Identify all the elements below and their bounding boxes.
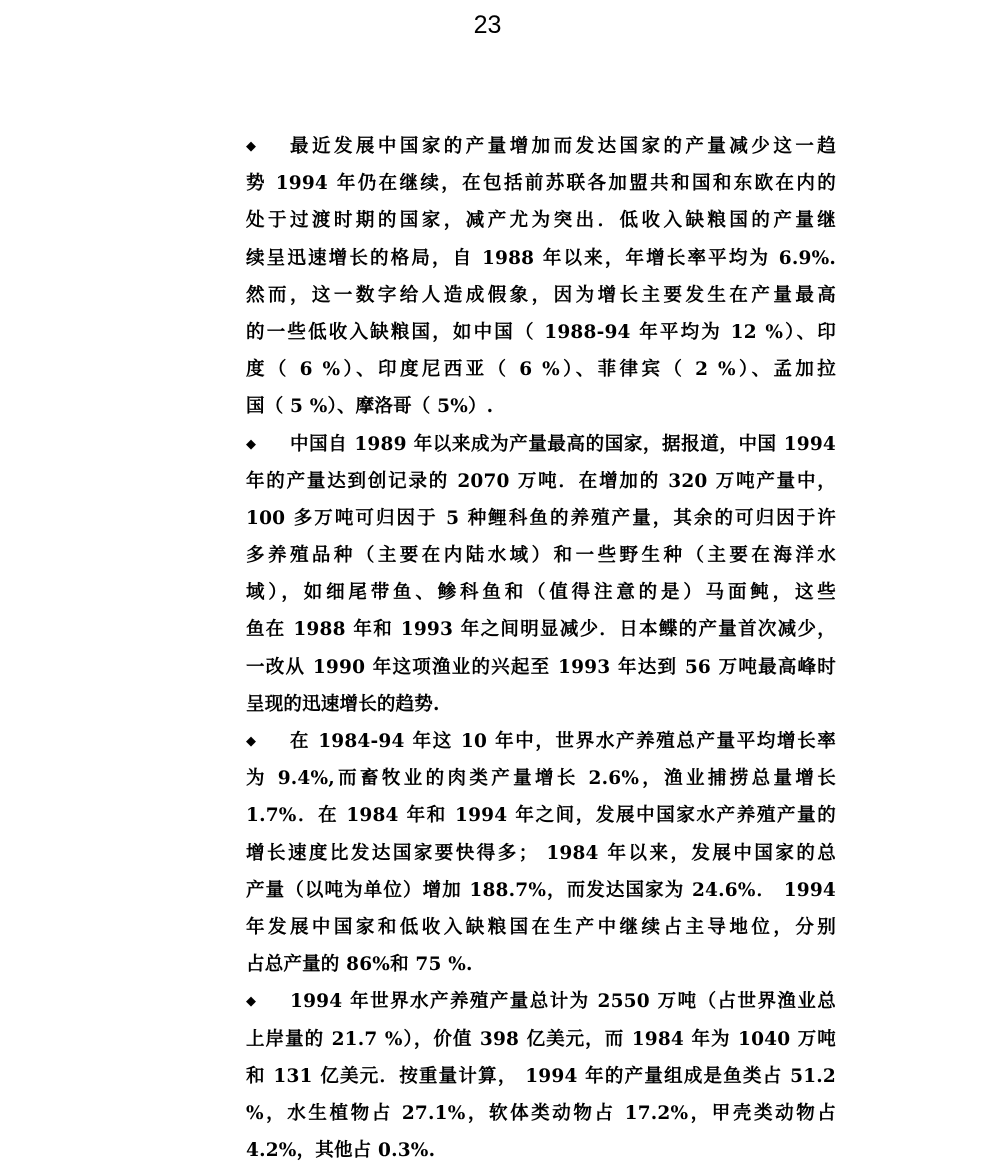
paragraph-line: 一改从 1990 年这项渔业的兴起至 1993 年达到 56 万吨最高峰时 bbox=[246, 649, 836, 686]
paragraph-line: 度（ 6 %）、印度尼西亚（ 6 %）、菲律宾（ 2 %）、孟加拉 bbox=[246, 351, 836, 388]
paragraph-line: %，水生植物占 27.1%，软体类动物占 17.2%，甲壳类动物占 bbox=[246, 1095, 836, 1132]
paragraph-line: 势 1994 年仍在继续，在包括前苏联各加盟共和国和东欧在内的 bbox=[246, 165, 836, 202]
paragraph-line: ◆在 1984-94 年这 10 年中，世界水产养殖总产量平均增长率 bbox=[246, 723, 836, 760]
paragraph-line: ◆1994 年世界水产养殖产量总计为 2550 万吨（占世界渔业总 bbox=[246, 983, 836, 1020]
diamond-bullet-icon: ◆ bbox=[246, 723, 290, 760]
diamond-bullet-icon: ◆ bbox=[246, 128, 290, 165]
paragraph-line: 1.7%．在 1984 年和 1994 年之间，发展中国家水产养殖产量的 bbox=[246, 797, 836, 834]
paragraph-line: ◆最近发展中国家的产量增加而发达国家的产量减少这一趋 bbox=[246, 128, 836, 165]
document-body: ◆最近发展中国家的产量增加而发达国家的产量减少这一趋 势 1994 年仍在继续，… bbox=[246, 128, 836, 1169]
paragraph-line: ◆中国自 1989 年以来成为产量最高的国家，据报道，中国 1994 bbox=[246, 426, 836, 463]
paragraph-line: 增长速度比发达国家要快得多； 1984 年以来，发展中国家的总 bbox=[246, 835, 836, 872]
paragraph-line: 年的产量达到创记录的 2070 万吨．在增加的 320 万吨产量中， bbox=[246, 463, 836, 500]
paragraph-line: 占总产量的 86%和 75 %. bbox=[246, 946, 836, 983]
paragraph-line: 年发展中国家和低收入缺粮国在生产中继续占主导地位，分别 bbox=[246, 909, 836, 946]
paragraph-line: 鱼在 1988 年和 1993 年之间明显减少．日本鲽的产量首次减少， bbox=[246, 611, 836, 648]
paragraph-line: 处于过渡时期的国家，减产尤为突出．低收入缺粮国的产量继 bbox=[246, 202, 836, 239]
paragraph-line: 和 131 亿美元．按重量计算， 1994 年的产量组成是鱼类占 51.2 bbox=[246, 1058, 836, 1095]
paragraph-line: 续呈迅速增长的格局，自 1988 年以来，年增长率平均为 6.9%. bbox=[246, 240, 836, 277]
page-number: 23 bbox=[0, 10, 975, 40]
paragraph-1: ◆最近发展中国家的产量增加而发达国家的产量减少这一趋 势 1994 年仍在继续，… bbox=[246, 128, 836, 426]
diamond-bullet-icon: ◆ bbox=[246, 983, 290, 1020]
paragraph-line: 4.2%，其他占 0.3%. bbox=[246, 1132, 836, 1169]
paragraph-line: 域），如细尾带鱼、鲹科鱼和（值得注意的是）马面鲀，这些 bbox=[246, 574, 836, 611]
paragraph-line: 的一些低收入缺粮国，如中国（ 1988-94 年平均为 12 %）、印 bbox=[246, 314, 836, 351]
paragraph-line: 100 多万吨可归因于 5 种鲤科鱼的养殖产量，其余的可归因于许 bbox=[246, 500, 836, 537]
paragraph-line: 然而，这一数字给人造成假象，因为增长主要发生在产量最高 bbox=[246, 277, 836, 314]
paragraph-line: 呈现的迅速增长的趋势. bbox=[246, 686, 836, 723]
paragraph-4: ◆1994 年世界水产养殖产量总计为 2550 万吨（占世界渔业总 上岸量的 2… bbox=[246, 983, 836, 1169]
paragraph-line: 为 9.4%,而畜牧业的肉类产量增长 2.6%，渔业捕捞总量增长 bbox=[246, 760, 836, 797]
paragraph-line: 多养殖品种（主要在内陆水域）和一些野生种（主要在海洋水 bbox=[246, 537, 836, 574]
paragraph-line: 上岸量的 21.7 %），价值 398 亿美元，而 1984 年为 1040 万… bbox=[246, 1021, 836, 1058]
paragraph-3: ◆在 1984-94 年这 10 年中，世界水产养殖总产量平均增长率 为 9.4… bbox=[246, 723, 836, 983]
paragraph-2: ◆中国自 1989 年以来成为产量最高的国家，据报道，中国 1994 年的产量达… bbox=[246, 426, 836, 724]
paragraph-line: 国（ 5 %）、摩洛哥（ 5%）. bbox=[246, 388, 836, 425]
paragraph-line: 产量（以吨为单位）增加 188.7%，而发达国家为 24.6%． 1994 bbox=[246, 872, 836, 909]
diamond-bullet-icon: ◆ bbox=[246, 426, 290, 463]
